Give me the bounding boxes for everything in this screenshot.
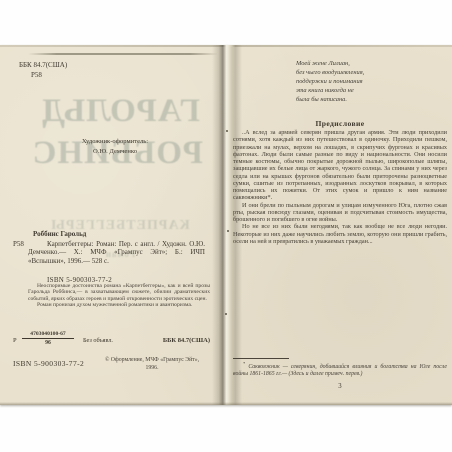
bibliographic-entry: Р58Карпетбеггеры: Роман: Пер. с англ. / … [28, 240, 205, 265]
showthrough-author-line1: ГАРОЛЬД [38, 93, 203, 130]
annotation-block: Неоспоримые достоинства романа «Карпетбе… [28, 283, 210, 309]
bbk-author-code: Р58 [31, 71, 42, 79]
preface-heading: Предисловие [233, 119, 447, 128]
bbk-classification: ББК 84.7(США) [19, 61, 67, 69]
preface-paragraph: Но не все из них были негодяями, так как… [233, 223, 447, 245]
entry-code: Р58 [13, 240, 24, 248]
footnote: * Саквояжник — северянин, добившийся вли… [233, 361, 447, 378]
paper-speck [225, 313, 227, 315]
page-number: 3 [233, 383, 447, 390]
dedication: Моей жене Лилиан, без чьего воодушевлени… [296, 59, 448, 104]
publication-code-row: Р 4703040100-67 96 Без объявл. ББК 84.7(… [13, 331, 210, 351]
footnote-marker: * [243, 361, 245, 366]
footnote-separator [233, 358, 289, 359]
code-denominator: 96 [22, 339, 74, 346]
preface-paragraph: И они брели по пыльным дорогам и улицам … [233, 202, 447, 224]
isbn-number-bottom: ISBN 5-900303-77-2 [13, 359, 84, 368]
author-name: Роббинс Гарольд [33, 230, 86, 238]
code-prefix: Р [13, 337, 17, 344]
no-announcement-note: Без объявл. [83, 337, 113, 344]
annotation-paragraph: Роман пронизан духом мужественной романт… [28, 302, 210, 308]
publication-code-fraction: 4703040100-67 96 [22, 331, 74, 346]
book-photo-page: { "photo": { "background": "#fefefe", "p… [0, 0, 452, 452]
preface-paragraph: ..А вслед за армией северян пришла друга… [233, 129, 447, 202]
artist-credit: Художник-оформитель: О.Ю. Демченко [55, 137, 175, 156]
entry-text: Карпетбеггеры: Роман: Пер. с англ. / Худ… [28, 240, 205, 265]
page-top-edge-shadow [28, 53, 218, 55]
preface-body: ..А вслед за армией северян пришла друга… [233, 129, 447, 245]
paper-speck [226, 130, 228, 132]
footnote-text: Саквояжник — северянин, добившийся влиян… [233, 364, 447, 377]
bbk-classification-bottom: ББК 84.7(США) [163, 337, 210, 344]
annotation-paragraph: Неоспоримые достоинства романа «Карпетбе… [28, 283, 210, 302]
copyright-notice: © Оформление, МЧФ «Грампус Эйт», 1996. [93, 357, 211, 372]
code-numerator: 4703040100-67 [22, 331, 74, 339]
paper-speck [227, 230, 229, 232]
open-book-spread: ГАРОЛЬД РОББИНС КАРПЕТБЕГГЕРЫ Роман ББК … [0, 45, 452, 405]
